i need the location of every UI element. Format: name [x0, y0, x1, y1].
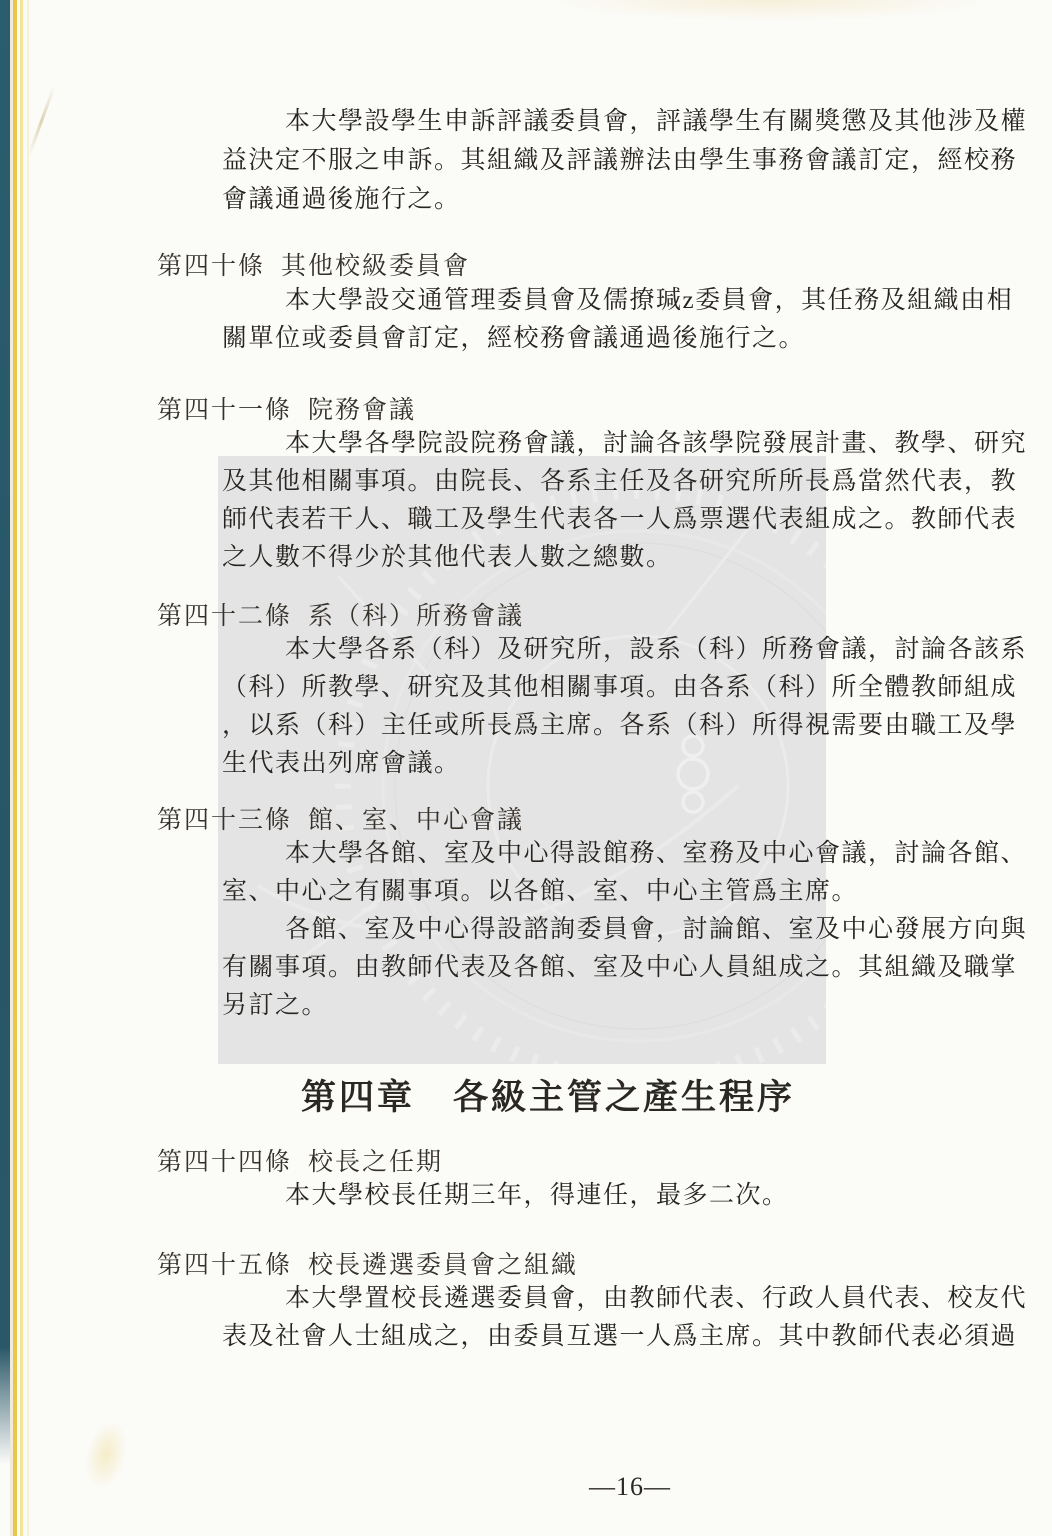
text-line: 各館、室及中心得設諮詢委員會，討論館、室及中心發展方向與 [285, 914, 1027, 946]
page-edge-yellow-line [13, 0, 17, 1536]
text-line: 本大學各學院設院務會議，討論各該學院發展計畫、教學、研究 [285, 428, 1027, 460]
scan-smudge-top [560, 0, 980, 20]
text-line: ，以系（科）主任或所長爲主席。各系（科）所得視需要由職工及學 [222, 710, 1017, 742]
text-line: 之人數不得少於其他代表人數之總數。 [222, 542, 673, 574]
article-number: 第四十四條 [157, 1149, 292, 1176]
text-line: 本大學設交通管理委員會及儒撩瑊z委員會，其任務及組織由相 [285, 285, 1013, 317]
text-line: 關單位或委員會訂定，經校務會議通過後施行之。 [222, 323, 805, 355]
chapter-heading: 第四章 各級主管之產生程序 [218, 1070, 878, 1120]
text-line: 生代表出列席會議。 [222, 748, 461, 780]
article-title: 其他校級委員會 [281, 253, 470, 280]
page-number: —16— [580, 1472, 680, 1502]
text-line: 本大學置校長遴選委員會，由教師代表、行政人員代表、校友代 [285, 1283, 1027, 1315]
article-number: 第四十一條 [157, 397, 292, 424]
text-line: 益決定不服之申訴。其組織及評議辦法由學生事務會議訂定，經校務 [222, 145, 1017, 177]
article-title: 館、室、中心會議 [308, 807, 524, 834]
page-edge-faint-line [27, 0, 29, 1536]
article-heading: 第四十一條院務會議 [157, 390, 416, 426]
article-title: 校長遴選委員會之組織 [308, 1252, 578, 1279]
text-line: 本大學設學生申訴評議委員會，評議學生有關獎懲及其他涉及權 [285, 106, 1027, 138]
fold-crease [27, 86, 55, 157]
text-line: 師代表若干人、職工及學生代表各一人爲票選代表組成之。教師代表 [222, 504, 1017, 536]
article-title: 系（科）所務會議 [308, 603, 524, 630]
book-binding-edge [0, 0, 10, 1464]
text-line: 會議通過後施行之。 [222, 184, 461, 216]
article-number: 第四十條 [157, 253, 265, 280]
article-heading: 第四十條其他校級委員會 [157, 246, 470, 282]
article-number: 第四十五條 [157, 1252, 292, 1279]
article-heading: 第四十四條校長之任期 [157, 1142, 443, 1178]
article-number: 第四十二條 [157, 603, 292, 630]
article-heading: 第四十三條館、室、中心會議 [157, 800, 524, 836]
page-edge-pale-yellow-line [20, 0, 23, 1536]
article-title: 校長之任期 [308, 1149, 443, 1176]
text-line: 本大學各系（科）及研究所，設系（科）所務會議，討論各該系 [285, 634, 1027, 666]
text-line: 另訂之。 [222, 990, 328, 1022]
text-line: 表及社會人士組成之，由委員互選一人爲主席。其中教師代表必須過 [222, 1321, 1017, 1353]
scanned-book-page: { "document": { "page_number": "—16—", "… [0, 0, 1052, 1536]
text-line: 本大學各館、室及中心得設館務、室務及中心會議，討論各館、 [285, 838, 1027, 870]
text-line: 本大學校長任期三年，得連任，最多二次。 [285, 1180, 789, 1212]
text-line: 及其他相關事項。由院長、各系主任及各研究所所長爲當然代表，教 [222, 466, 1017, 498]
article-number: 第四十三條 [157, 807, 292, 834]
article-title: 院務會議 [308, 397, 416, 424]
article-heading: 第四十五條校長遴選委員會之組織 [157, 1245, 578, 1281]
text-line: 室、中心之有關事項。以各館、室、中心主管爲主席。 [222, 876, 858, 908]
scan-smudge-bottom [78, 1416, 134, 1494]
text-line: （科）所教學、研究及其他相關事項。由各系（科）所全體教師組成 [222, 672, 1017, 704]
article-heading: 第四十二條系（科）所務會議 [157, 596, 524, 632]
text-line: 有關事項。由教師代表及各館、室及中心人員組成之。其組織及職掌 [222, 952, 1017, 984]
